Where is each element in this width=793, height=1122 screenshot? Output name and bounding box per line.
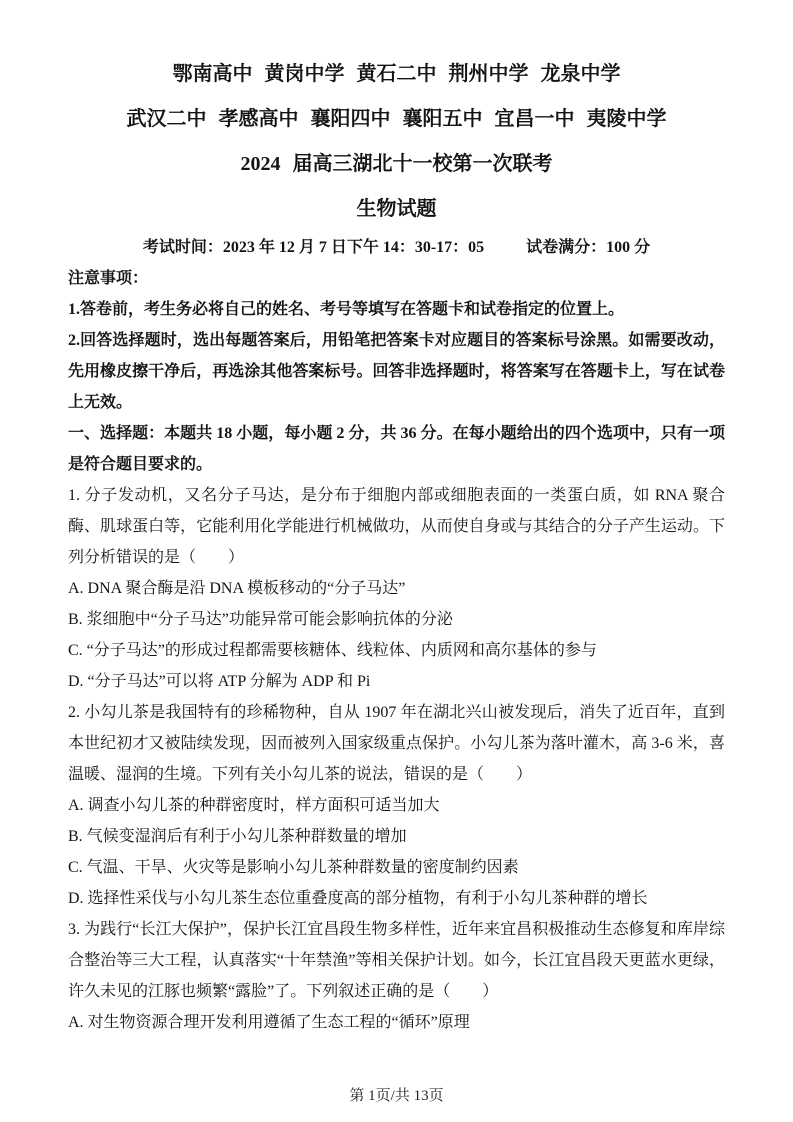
school-list-line-1: 鄂南高中 黄岗中学 黄石二中 荆州中学 龙泉中学 <box>68 52 725 97</box>
question-1-option-c: C. “分子马达”的形成过程都需要核糖体、线粒体、内质网和高尔基体的参与 <box>68 635 725 666</box>
question-1-stem: 1. 分子发动机，又名分子马达，是分布于细胞内部或细胞表面的一类蛋白质，如 RN… <box>68 480 725 573</box>
paper-header: 鄂南高中 黄岗中学 黄石二中 荆州中学 龙泉中学 武汉二中 孝感高中 襄阳四中 … <box>68 52 725 232</box>
question-3-option-a: A. 对生物资源合理开发利用遵循了生态工程的“循环”原理 <box>68 1007 725 1038</box>
question-3: 3. 为践行“长江大保护”，保护长江宜昌段生物多样性，近年来宜昌积极推动生态修复… <box>68 914 725 1038</box>
section-heading: 一、选择题：本题共 18 小题，每小题 2 分，共 36 分。在每小题给出的四个… <box>68 418 725 480</box>
question-2-option-a: A. 调查小勾儿茶的种群密度时，样方面积可适当加大 <box>68 790 725 821</box>
question-1-option-a: A. DNA 聚合酶是沿 DNA 模板移动的“分子马达” <box>68 573 725 604</box>
question-1: 1. 分子发动机，又名分子马达，是分布于细胞内部或细胞表面的一类蛋白质，如 RN… <box>68 480 725 697</box>
school-list-line-2: 武汉二中 孝感高中 襄阳四中 襄阳五中 宜昌一中 夷陵中学 <box>68 97 725 142</box>
question-1-option-d: D. “分子马达”可以将 ATP 分解为 ADP 和 Pi <box>68 666 725 697</box>
full-score-label: 试卷满分：100 分 <box>526 232 650 263</box>
question-2-stem: 2. 小勾儿茶是我国特有的珍稀物种，自从 1907 年在湖北兴山被发现后，消失了… <box>68 697 725 790</box>
exam-title: 2024 届高三湖北十一校第一次联考 <box>68 142 725 187</box>
notice-item-2: 2.回答选择题时，选出每题答案后，用铅笔把答案卡对应题目的答案标号涂黑。如需要改… <box>68 325 725 418</box>
question-1-option-b: B. 浆细胞中“分子马达”功能异常可能会影响抗体的分泌 <box>68 604 725 635</box>
page-number: 第 1页/共 13页 <box>349 1088 443 1104</box>
exam-time-label: 考试时间：2023 年 12 月 7 日下午 14：30-17：05 <box>143 232 484 263</box>
question-2-option-c: C. 气温、干旱、火灾等是影响小勾儿茶种群数量的密度制约因素 <box>68 852 725 883</box>
question-3-stem: 3. 为践行“长江大保护”，保护长江宜昌段生物多样性，近年来宜昌积极推动生态修复… <box>68 914 725 1007</box>
question-2-option-b: B. 气候变湿润后有利于小勾儿茶种群数量的增加 <box>68 821 725 852</box>
notice-item-1: 1.答卷前，考生务必将自己的姓名、考号等填写在答题卡和试卷指定的位置上。 <box>68 294 725 325</box>
exam-info-line: 考试时间：2023 年 12 月 7 日下午 14：30-17：05 试卷满分：… <box>68 232 725 263</box>
question-2: 2. 小勾儿茶是我国特有的珍稀物种，自从 1907 年在湖北兴山被发现后，消失了… <box>68 697 725 914</box>
question-2-option-d: D. 选择性采伐与小勾儿茶生态位重叠度高的部分植物，有利于小勾儿茶种群的增长 <box>68 883 725 914</box>
page-footer: 第 1页/共 13页 <box>0 1086 793 1106</box>
notice-section: 注意事项： 1.答卷前，考生务必将自己的姓名、考号等填写在答题卡和试卷指定的位置… <box>68 263 725 418</box>
exam-paper-page: 鄂南高中 黄岗中学 黄石二中 荆州中学 龙泉中学 武汉二中 孝感高中 襄阳四中 … <box>0 0 793 1122</box>
subject-title: 生物试题 <box>68 187 725 232</box>
notice-title: 注意事项： <box>68 263 725 294</box>
